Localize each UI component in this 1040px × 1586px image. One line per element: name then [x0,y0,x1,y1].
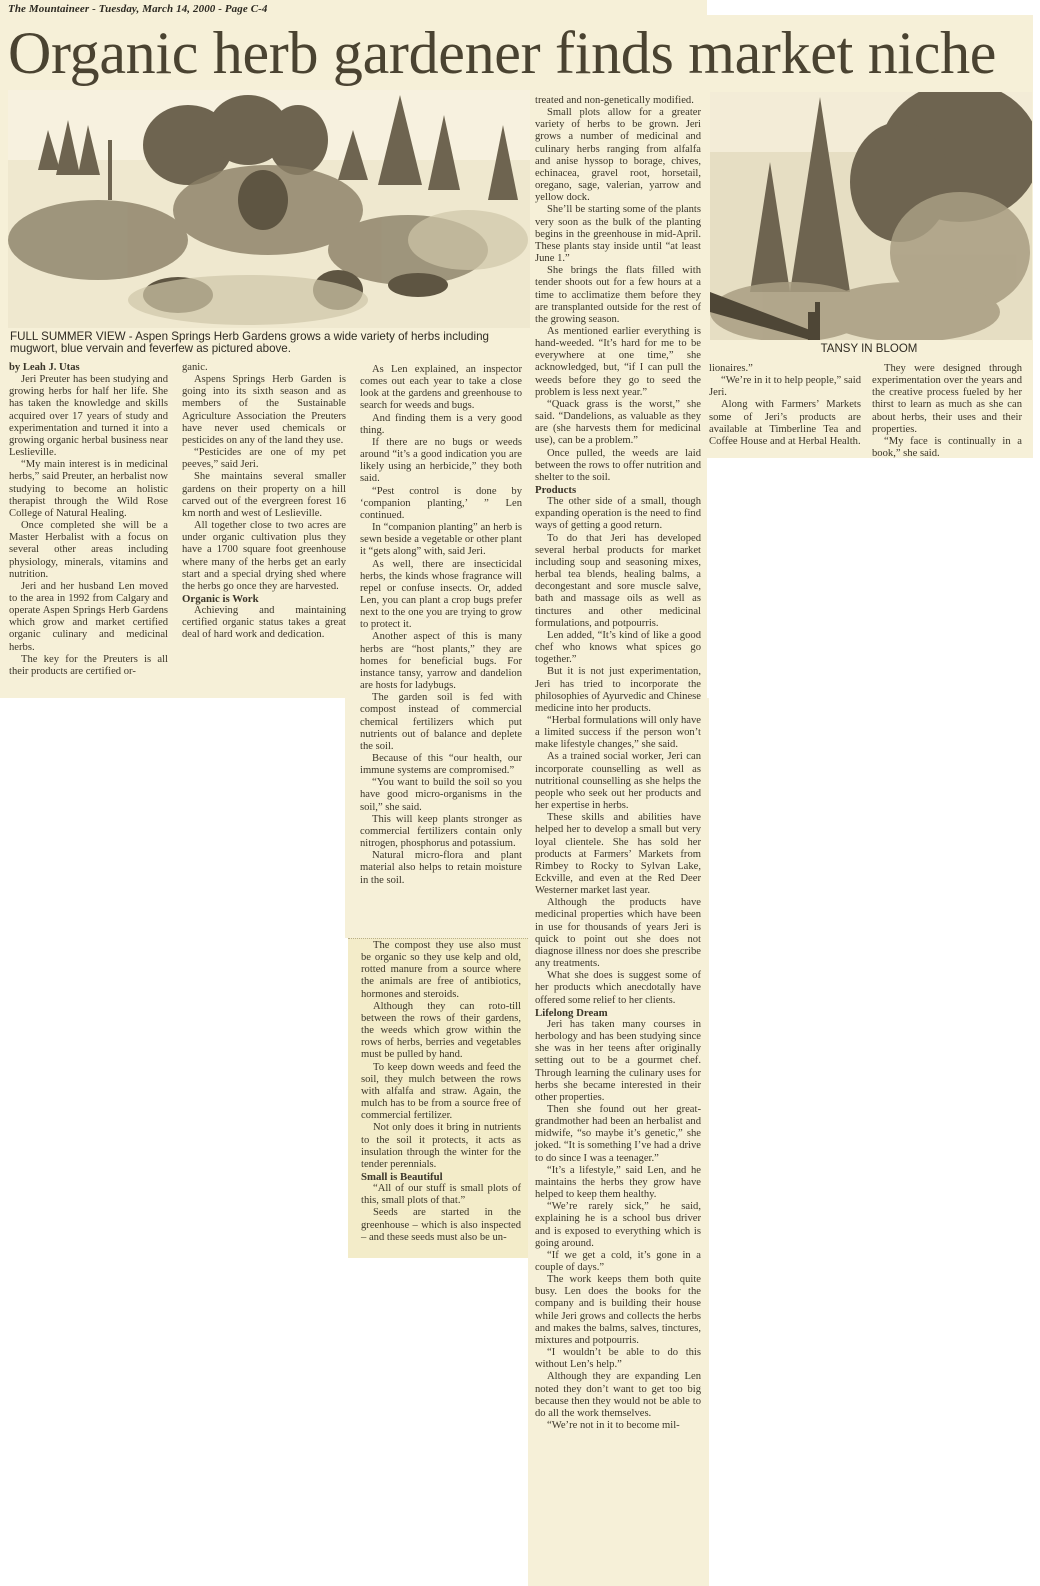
paragraph: Once pulled, the weeds are laid between … [535,448,701,484]
paragraph: All together close to two acres are unde… [182,520,346,593]
paragraph: Jeri has taken many courses in herbology… [535,1019,701,1104]
paragraph: These skills and abilities have helped h… [535,812,701,897]
paragraph: “Pesticides are one of my pet peeves,” s… [182,447,346,471]
paragraph: The compost they use also must be organi… [361,940,521,1001]
paragraph: The other side of a small, though expand… [535,496,701,532]
paragraph: “Quack grass is the worst,” she said. “D… [535,399,701,448]
paragraph: “You want to build the soil so you have … [360,777,522,813]
paragraph: Jeri Preuter has been studying and growi… [9,374,168,459]
article-column-1: by Leah J. Utas Jeri Preuter has been st… [9,362,168,678]
paragraph: This will keep plants stronger as commer… [360,814,522,850]
paragraph: Along with Farmers’ Markets some of Jeri… [709,399,861,448]
full-summer-view-photo [8,90,530,328]
paragraph: “Herbal formulations will only have a li… [535,715,701,751]
paragraph: ganic. [182,362,346,374]
paragraph: She’ll be starting some of the plants ve… [535,204,701,265]
article-column-3: As Len explained, an inspector comes out… [360,364,522,887]
paragraph: In “companion planting” an herb is sewn … [360,522,522,558]
tansy-bloom-icon [710,92,1032,340]
article-column-4: treated and non-genetically modified. Sm… [535,95,701,1432]
paragraph: The garden soil is fed with compost inst… [360,692,522,753]
paragraph: Another aspect of this is many herbs are… [360,631,522,692]
paragraph: “My face is continually in a book,” she … [872,436,1022,460]
paragraph: They were designed through experimentati… [872,363,1022,436]
column-divider [348,938,528,939]
photo-caption-full-summer-view: FULL SUMMER VIEW - Aspen Springs Herb Ga… [10,331,530,355]
paragraph: Aspens Springs Herb Garden is going into… [182,374,346,447]
paragraph: And finding them is a very good thing. [360,413,522,437]
subheading-small-is-beautiful: Small is Beautiful [361,1171,521,1183]
paragraph: If there are no bugs or weeds around “it… [360,437,522,486]
paragraph: lionaires.” [709,363,861,375]
paragraph: Small plots allow for a greater variety … [535,107,701,204]
paragraph: Because of this “our health, our immune … [360,753,522,777]
article-column-6: They were designed through experimentati… [872,363,1022,460]
garden-landscape-icon [8,90,530,328]
article-column-3-continued: The compost they use also must be organi… [361,940,521,1244]
paragraph: The work keeps them both quite busy. Len… [535,1274,701,1347]
paragraph: Once completed she will be a Master Herb… [9,520,168,581]
paragraph: To do that Jeri has developed several he… [535,533,701,630]
photo-caption-tansy: TANSY IN BLOOM [708,343,1030,355]
paragraph: Seeds are started in the greenhouse – wh… [361,1207,521,1243]
article-column-5: lionaires.” “We’re in it to help people,… [709,363,861,448]
paragraph: “My main interest is in medicinal herbs,… [9,459,168,520]
paragraph: The key for the Preuters is all their pr… [9,654,168,678]
paragraph: “We’re in it to help people,” said Jeri. [709,375,861,399]
paragraph: As Len explained, an inspector comes out… [360,364,522,413]
byline: by Leah J. Utas [9,362,168,374]
paragraph: But it is not just experimentation, Jeri… [535,666,701,715]
paragraph: She maintains several smaller gardens on… [182,471,346,520]
paragraph: As mentioned earlier everything is hand-… [535,326,701,399]
paragraph: Len added, “It’s kind of like a good che… [535,630,701,666]
paragraph: Although they are expanding Len noted th… [535,1371,701,1420]
subheading-products: Products [535,484,701,496]
paragraph: “It’s a lifestyle,” said Len, and he mai… [535,1165,701,1201]
paragraph: “We’re not in it to become mil- [535,1420,701,1432]
paragraph: Then she found out her great-grandmother… [535,1104,701,1165]
headline: Organic herb gardener finds market niche [8,18,996,88]
paragraph: “If we get a cold, it’s gone in a couple… [535,1250,701,1274]
paragraph: Natural micro-flora and plant material a… [360,850,522,886]
paragraph: As a trained social worker, Jeri can inc… [535,751,701,812]
article-column-2: ganic. Aspens Springs Herb Garden is goi… [182,362,346,642]
tansy-photo [710,92,1032,340]
paragraph: “We’re rarely sick,” he said, explaining… [535,1201,701,1250]
subheading-lifelong-dream: Lifelong Dream [535,1007,701,1019]
paragraph: Although the products have medicinal pro… [535,897,701,970]
paragraph: Jeri and her husband Len moved to the ar… [9,581,168,654]
paragraph: treated and non-genetically modified. [535,95,701,107]
paragraph: Although they can roto-till between the … [361,1001,521,1062]
paragraph: Not only does it bring in nutrients to t… [361,1122,521,1171]
paragraph: “I wouldn’t be able to do this without L… [535,1347,701,1371]
dateline: The Mountaineer - Tuesday, March 14, 200… [8,3,268,15]
paragraph: As well, there are insecticidal herbs, t… [360,559,522,632]
subheading-organic-is-work: Organic is Work [182,593,346,605]
paragraph: She brings the flats filled with tender … [535,265,701,326]
paragraph: Achieving and maintaining certified orga… [182,605,346,641]
paragraph: What she does is suggest some of her pro… [535,970,701,1006]
paragraph: “All of our stuff is small plots of this… [361,1183,521,1207]
paragraph: To keep down weeds and feed the soil, th… [361,1062,521,1123]
paragraph: “Pest control is done by ‘companion plan… [360,486,522,522]
